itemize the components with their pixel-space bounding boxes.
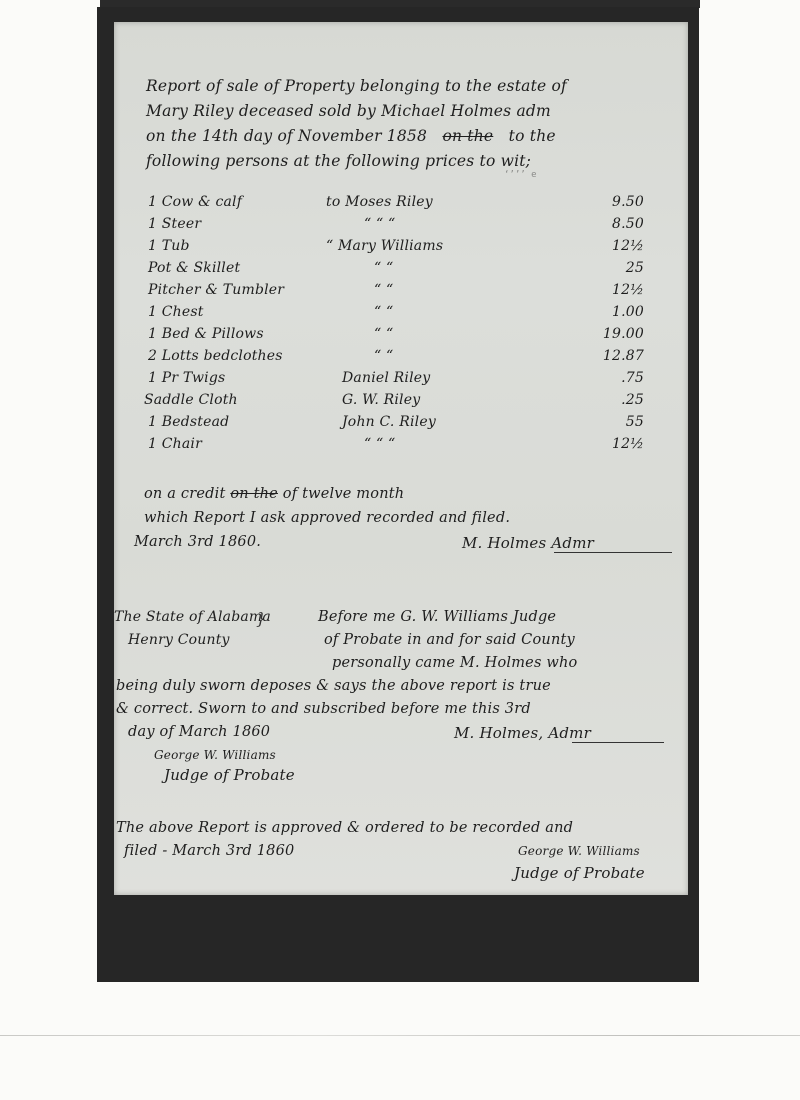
sale-item: Saddle Cloth xyxy=(144,392,238,408)
sale-item: Pitcher & Tumbler xyxy=(148,282,284,298)
sale-row: Pitcher & Tumbler “ “ 12½ xyxy=(114,282,688,304)
sale-row: 1 Chair “ “ “ 12½ xyxy=(114,436,688,458)
signature-underline xyxy=(554,552,672,553)
sale-item: 1 Chest xyxy=(148,304,204,320)
sale-item: 1 Bed & Pillows xyxy=(148,326,264,342)
page-fold-line xyxy=(0,1035,800,1036)
sale-buyer: “ “ xyxy=(374,326,393,342)
document-page: Report of sale of Property belonging to … xyxy=(114,22,688,895)
sale-price: 12½ xyxy=(612,238,644,254)
approval-line-1: The above Report is approved & ordered t… xyxy=(116,820,573,836)
sale-row: Pot & Skillet “ “ 25 xyxy=(114,260,688,282)
sale-buyer: “ “ xyxy=(374,282,393,298)
header-line-3-text: on the 14th day of November 1858 xyxy=(146,127,427,145)
ink-stamp-mark: ‘’’’ e xyxy=(504,170,537,180)
affidavit-judge-title: Judge of Probate xyxy=(164,766,295,784)
sale-buyer: “ “ “ xyxy=(364,216,395,232)
sale-buyer: “ “ xyxy=(374,260,393,276)
approval-judge-title: Judge of Probate xyxy=(514,864,645,882)
sale-price: 12½ xyxy=(612,282,644,298)
sale-buyer: “ Mary Williams xyxy=(326,238,443,254)
sale-row: Saddle Cloth G. W. Riley .25 xyxy=(114,392,688,414)
sale-price: .25 xyxy=(621,392,644,408)
sale-price: 1.00 xyxy=(612,304,644,320)
sale-row: 1 Steer “ “ “ 8.50 xyxy=(114,216,688,238)
affidavit-county: Henry County xyxy=(128,632,230,648)
sale-row: 1 Bedstead John C. Riley 55 xyxy=(114,414,688,436)
sale-item: 1 Cow & calf xyxy=(148,194,242,210)
sale-price: 12.87 xyxy=(603,348,644,364)
affidavit-admin-signature: M. Holmes, Admr xyxy=(454,724,591,742)
approval-line-2: filed - March 3rd 1860 xyxy=(124,843,294,859)
sale-price: 12½ xyxy=(612,436,644,452)
header-line-2: Mary Riley deceased sold by Michael Holm… xyxy=(146,102,551,120)
affidavit-line-5: & correct. Sworn to and subscribed befor… xyxy=(116,701,531,717)
header-line-1: Report of sale of Property belonging to … xyxy=(146,77,567,95)
affidavit-line-6: day of March 1860 xyxy=(128,724,270,740)
credit-text-b: of twelve month xyxy=(283,486,405,502)
affidavit-judge-name: George W. Williams xyxy=(154,748,276,762)
report-date: March 3rd 1860. xyxy=(134,534,261,550)
sale-item: 1 Steer xyxy=(148,216,201,232)
sale-item: 1 Pr Twigs xyxy=(148,370,225,386)
request-line: which Report I ask approved recorded and… xyxy=(144,510,510,526)
sale-price: 55 xyxy=(626,414,644,430)
sale-buyer: Daniel Riley xyxy=(342,370,430,386)
sale-row: 2 Lotts bedclothes “ “ 12.87 xyxy=(114,348,688,370)
header-line-3-tail: to the xyxy=(509,127,556,145)
sale-price: .75 xyxy=(621,370,644,386)
struck-text: on the xyxy=(230,486,278,502)
sale-row: 1 Cow & calf to Moses Riley 9.50 xyxy=(114,194,688,216)
sale-buyer: to Moses Riley xyxy=(326,194,433,210)
sale-item: 1 Bedstead xyxy=(148,414,229,430)
sale-price: 9.50 xyxy=(612,194,644,210)
sale-row: 1 Pr Twigs Daniel Riley .75 xyxy=(114,370,688,392)
sale-item: 1 Chair xyxy=(148,436,202,452)
sale-price: 19.00 xyxy=(603,326,644,342)
sale-row: 1 Bed & Pillows “ “ 19.00 xyxy=(114,326,688,348)
header-line-4: following persons at the following price… xyxy=(146,152,531,170)
sale-item: 1 Tub xyxy=(148,238,190,254)
struck-text: on the xyxy=(442,127,493,145)
header-line-3: on the 14th day of November 1858 on the … xyxy=(146,127,556,145)
affidavit-line-1: Before me G. W. Williams Judge xyxy=(318,609,556,625)
sale-item: 2 Lotts bedclothes xyxy=(148,348,283,364)
sale-row: 1 Tub “ Mary Williams 12½ xyxy=(114,238,688,260)
sale-buyer: John C. Riley xyxy=(342,414,436,430)
sale-buyer: “ “ xyxy=(374,304,393,320)
sale-buyer: G. W. Riley xyxy=(342,392,420,408)
sale-buyer: “ “ “ xyxy=(364,436,395,452)
affidavit-line-3: personally came M. Holmes who xyxy=(332,655,577,671)
sale-price: 8.50 xyxy=(612,216,644,232)
signature-underline xyxy=(572,742,664,743)
sale-item: Pot & Skillet xyxy=(148,260,240,276)
affidavit-line-4: being duly sworn deposes & says the abov… xyxy=(116,678,551,694)
credit-line: on a credit on the of twelve month xyxy=(144,486,404,502)
affidavit-state: The State of Alabama xyxy=(114,609,271,625)
sale-price: 25 xyxy=(626,260,644,276)
credit-text-a: on a credit xyxy=(144,486,226,502)
bracket-mark: } xyxy=(256,609,266,628)
sale-row: 1 Chest “ “ 1.00 xyxy=(114,304,688,326)
sale-buyer: “ “ xyxy=(374,348,393,364)
admin-signature: M. Holmes Admr xyxy=(462,534,594,552)
approval-judge-name: George W. Williams xyxy=(518,844,640,858)
affidavit-line-2: of Probate in and for said County xyxy=(324,632,575,648)
